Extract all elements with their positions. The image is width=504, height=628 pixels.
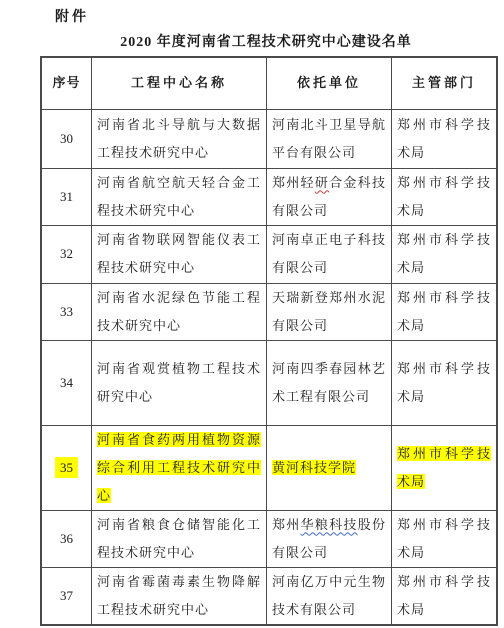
department-cell: 郑州市科学技术局 [392,109,498,168]
row-number-cell: 33 [41,283,92,340]
table-row: 34河南省观赏植物工程技术研究中心河南四季春园林艺术工程有限公司郑州市科学技术局 [41,340,497,425]
table-row: 35河南省食药两用植物资源综合利用工程技术研究中心黄河科技学院郑州市科学技术局 [41,425,497,510]
column-header-unit: 依托单位 [267,57,392,109]
table-row: 30河南省北斗导航与大数据工程技术研究中心河南北斗卫星导航平台有限公司郑州市科学… [41,109,497,168]
center-name-cell: 河南省观赏植物工程技术研究中心 [92,340,267,425]
supporting-unit-cell: 河南四季春园林艺术工程有限公司 [267,340,392,425]
center-name-text: 河南省北斗导航与大数据工程技术研究中心 [97,117,261,160]
supporting-unit-cell: 河南亿万中元生物技术有限公司 [267,567,392,625]
unit-text-segment: 河南卓正电子科技有限公司 [272,232,386,275]
column-header-no: 序号 [41,57,92,109]
row-number-cell: 31 [41,168,92,225]
table-row: 36河南省粮食仓储智能化工程技术研究中心郑州华粮科技股份有限公司郑州市科学技术局 [41,510,497,567]
supporting-unit-text: 天瑞新登郑州水泥有限公司 [272,290,386,333]
table-body: 30河南省北斗导航与大数据工程技术研究中心河南北斗卫星导航平台有限公司郑州市科学… [41,109,497,625]
department-text: 郑州市科学技术局 [397,232,491,275]
row-number-cell: 34 [41,340,92,425]
column-header-name: 工程中心名称 [92,57,267,109]
center-name-cell: 河南省物联网智能仪表工程技术研究中心 [92,225,267,283]
unit-text-segment: 天瑞新登郑州水泥有限公司 [272,290,386,333]
table-row: 31河南省航空航天轻合金工程技术研究中心郑州轻研合金科技有限公司郑州市科学技术局 [41,168,497,225]
row-number-cell: 35 [41,425,92,510]
column-header-dept: 主管部门 [392,57,498,109]
supporting-unit-text: 郑州华粮科技股份有限公司 [272,517,386,560]
supporting-unit-text: 河南亿万中元生物技术有限公司 [272,574,386,617]
centers-table: 序号工程中心名称依托单位主管部门 30河南省北斗导航与大数据工程技术研究中心河南… [40,56,498,626]
row-number: 31 [60,189,73,204]
department-text: 郑州市科学技术局 [397,117,491,160]
row-number: 36 [60,531,73,546]
row-number: 34 [60,375,73,390]
row-number-cell: 36 [41,510,92,567]
row-number-cell: 32 [41,225,92,283]
supporting-unit-cell: 河南卓正电子科技有限公司 [267,225,392,283]
center-name-text: 河南省水泥绿色节能工程技术研究中心 [97,290,261,333]
center-name-cell: 河南省霉菌毒素生物降解工程技术研究中心 [92,567,267,625]
table-head: 序号工程中心名称依托单位主管部门 [41,57,497,109]
attachment-label: 附件 [55,0,504,27]
row-number-cell: 30 [41,109,92,168]
center-name-cell: 河南省食药两用植物资源综合利用工程技术研究中心 [92,425,267,510]
center-name-cell: 河南省水泥绿色节能工程技术研究中心 [92,283,267,340]
unit-text-segment: 河南北斗卫星导航平台有限公司 [272,117,386,160]
center-name-text: 河南省霉菌毒素生物降解工程技术研究中心 [97,574,261,617]
department-cell: 郑州市科学技术局 [392,168,498,225]
department-cell: 郑州市科学技术局 [392,225,498,283]
supporting-unit-text: 河南四季春园林艺术工程有限公司 [272,361,386,404]
document-page: 附件 2020 年度河南省工程技术研究中心建设名单 序号工程中心名称依托单位主管… [0,0,504,628]
center-name-text: 河南省航空航天轻合金工程技术研究中心 [97,175,261,218]
table-row: 32河南省物联网智能仪表工程技术研究中心河南卓正电子科技有限公司郑州市科学技术局 [41,225,497,283]
unit-text-segment: 河南四季春园林艺术工程有限公司 [272,361,386,404]
row-number: 30 [60,131,73,146]
supporting-unit-text: 河南北斗卫星导航平台有限公司 [272,117,386,160]
center-name-cell: 河南省北斗导航与大数据工程技术研究中心 [92,109,267,168]
supporting-unit-text: 郑州轻研合金科技有限公司 [272,175,386,218]
table-row: 37河南省霉菌毒素生物降解工程技术研究中心河南亿万中元生物技术有限公司郑州市科学… [41,567,497,625]
row-number: 35 [55,457,78,478]
row-number: 32 [60,246,73,261]
center-name-cell: 河南省航空航天轻合金工程技术研究中心 [92,168,267,225]
grammar-underline: 华粮科技 [301,517,358,532]
department-cell: 郑州市科学技术局 [392,340,498,425]
department-cell: 郑州市科学技术局 [392,425,498,510]
table-row: 33河南省水泥绿色节能工程技术研究中心天瑞新登郑州水泥有限公司郑州市科学技术局 [41,283,497,340]
center-name-text: 河南省粮食仓储智能化工程技术研究中心 [97,517,261,560]
row-number: 37 [60,588,73,603]
center-name-text: 河南省物联网智能仪表工程技术研究中心 [97,232,261,275]
spellcheck-underline: 研 [315,175,329,190]
header-row: 序号工程中心名称依托单位主管部门 [41,57,497,109]
department-cell: 郑州市科学技术局 [392,283,498,340]
supporting-unit-cell: 天瑞新登郑州水泥有限公司 [267,283,392,340]
supporting-unit-text: 河南卓正电子科技有限公司 [272,232,386,275]
center-name-text: 河南省食药两用植物资源综合利用工程技术研究中心 [97,432,261,503]
supporting-unit-cell: 郑州华粮科技股份有限公司 [267,510,392,567]
supporting-unit-text: 黄河科技学院 [272,460,356,475]
document-title: 2020 年度河南省工程技术研究中心建设名单 [0,33,504,52]
row-number: 33 [60,304,73,319]
department-text: 郑州市科学技术局 [397,446,491,489]
unit-text-segment: 河南亿万中元生物技术有限公司 [272,574,386,617]
unit-text-segment: 郑州轻 [272,175,315,190]
department-cell: 郑州市科学技术局 [392,510,498,567]
center-name-cell: 河南省粮食仓储智能化工程技术研究中心 [92,510,267,567]
department-text: 郑州市科学技术局 [397,574,491,617]
department-text: 郑州市科学技术局 [397,290,491,333]
department-text: 郑州市科学技术局 [397,175,491,218]
center-name-text: 河南省观赏植物工程技术研究中心 [97,361,261,404]
department-text: 郑州市科学技术局 [397,517,491,560]
supporting-unit-cell: 郑州轻研合金科技有限公司 [267,168,392,225]
department-cell: 郑州市科学技术局 [392,567,498,625]
supporting-unit-cell: 黄河科技学院 [267,425,392,510]
unit-text-segment: 黄河科技学院 [272,460,356,475]
department-text: 郑州市科学技术局 [397,361,491,404]
row-number-cell: 37 [41,567,92,625]
unit-text-segment: 郑州 [272,517,301,532]
supporting-unit-cell: 河南北斗卫星导航平台有限公司 [267,109,392,168]
